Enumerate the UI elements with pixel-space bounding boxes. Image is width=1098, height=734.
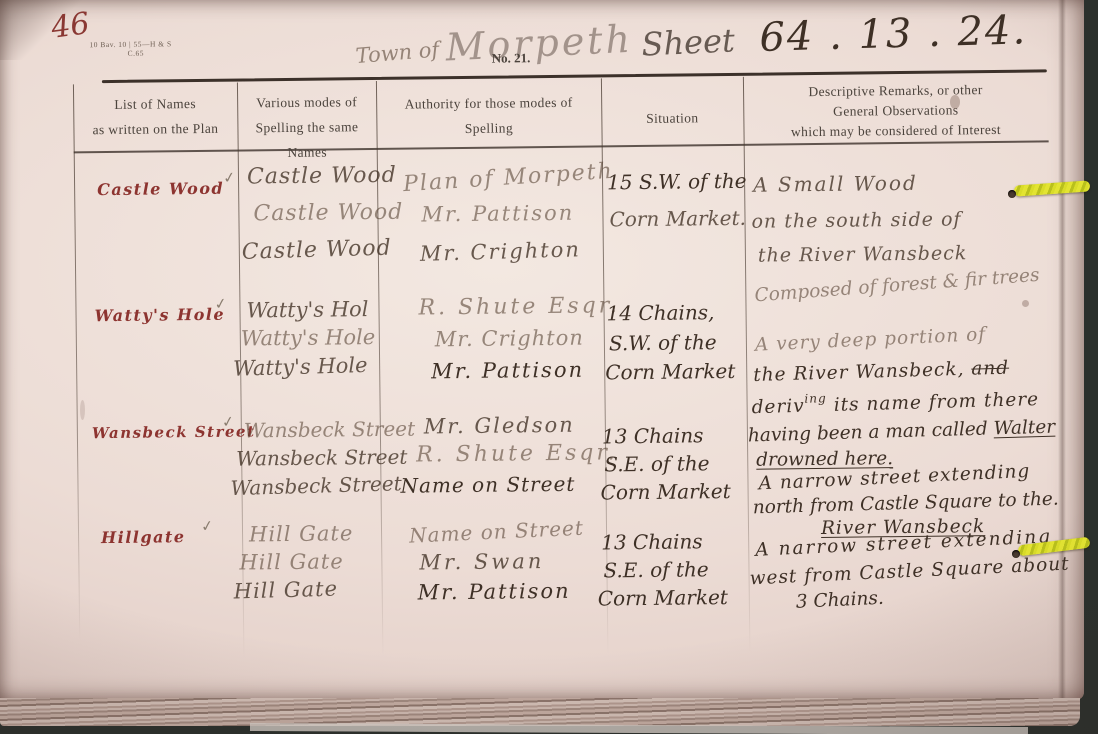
situation-line: 13 Chains [602, 423, 704, 448]
header-line: Spelling [376, 114, 601, 142]
spelling: Castle Wood [253, 200, 403, 227]
spelling: Castle Wood [242, 236, 392, 265]
remark-text: the River Wansbeck, [753, 359, 972, 386]
authority: Mr. Crighton [420, 237, 582, 266]
header-line: which may be considered of Interest [743, 119, 1048, 142]
authority: Name on Street [400, 472, 575, 498]
header-line: List of Names [73, 91, 237, 118]
entry-name: Castle Wood [97, 179, 224, 199]
header-line: Various modes of [237, 89, 376, 116]
check-tick-icon: ✓ [222, 168, 237, 188]
paper-blemish [80, 400, 85, 420]
page-content: 46 10 Bav. 10 | 55—H & S C.65 Town of Mo… [0, 0, 1098, 734]
remark-text: having been a man called [748, 418, 994, 446]
column-rule [73, 84, 81, 640]
entry-name: Watty's Hole [94, 305, 225, 325]
column-header-authority: Authority for those modes of Spelling [376, 89, 602, 142]
printed-sheet-no: No. 21. [492, 50, 531, 66]
spelling: Watty's Hole [233, 353, 368, 381]
header-line: Situation [601, 105, 743, 132]
remark-line: having been a man called Walter [748, 417, 1056, 447]
header-bottom-rule [74, 140, 1049, 153]
spelling: Wansbeck Street [230, 471, 402, 500]
authority: Mr. Pattison [431, 358, 584, 384]
check-tick-icon: ✓ [220, 412, 235, 432]
situation-line: 13 Chains [601, 529, 703, 554]
spelling: Hill Gate [239, 549, 344, 574]
situation-line: S.E. of the [603, 557, 708, 582]
authority: R. Shute Esqr. [416, 440, 618, 467]
situation-line: 14 Chains, [606, 300, 714, 325]
column-header-remarks: Descriptive Remarks, or other General Ob… [743, 79, 1049, 142]
underlined-word: Walter [993, 417, 1055, 440]
title-place-name: Morpeth [445, 17, 634, 70]
column-header-names: List of Names as written on the Plan [73, 91, 238, 143]
header-line: Authority for those modes of [376, 89, 601, 117]
spelling: Watty's Hole [241, 325, 376, 351]
situation-line: Corn Market. [609, 206, 746, 232]
remark-line: north from Castle Square to the. [753, 489, 1059, 519]
authority: Mr. Pattison [421, 201, 574, 227]
situation-line: 15 S.W. of the [607, 169, 747, 195]
authority: Name on Street [409, 516, 585, 548]
paper-blemish [1022, 300, 1029, 307]
page-number: 46 [49, 6, 92, 46]
struck-word: and [971, 358, 1009, 380]
remark-line: deriving its name from there [751, 389, 1039, 418]
check-tick-icon: ✓ [200, 516, 215, 536]
title-sheet-number: 64 . 13 . 24. [759, 7, 1028, 61]
printer-imprint: 10 Bav. 10 | 55—H & S C.65 [89, 39, 171, 58]
remark-text: deriv [751, 396, 805, 419]
remark-line: Composed of forest & fir trees [754, 265, 1040, 307]
column-header-spelling-modes: Various modes of Spelling the same Names [237, 89, 377, 166]
paper-blemish [950, 95, 960, 109]
check-tick-icon: ✓ [213, 294, 228, 314]
spelling: Watty's Hol [246, 297, 368, 322]
header-line: as written on the Plan [73, 116, 237, 143]
stitch-hole [1008, 190, 1016, 198]
imprint-line: C.65 [128, 48, 172, 58]
authority: Mr. Crighton [435, 326, 584, 352]
remark-text: its name from there [827, 389, 1040, 416]
entry-name: Hillgate [101, 527, 186, 547]
spelling: Wansbeck Street [236, 445, 407, 471]
column-header-situation: Situation [601, 105, 743, 132]
situation-line: S.E. of the [604, 451, 709, 476]
remark-line: on the south side of [751, 208, 961, 232]
spelling: Castle Wood [247, 163, 397, 190]
remark-line: A Small Wood [753, 171, 918, 197]
inserted-word: ing [804, 391, 827, 406]
situation-line: S.W. of the [609, 330, 717, 355]
authority: Plan of Morpeth [402, 159, 614, 197]
remark-line: 3 Chains. [795, 588, 884, 613]
spelling: Wansbeck Street [244, 417, 415, 443]
remark-line: the River Wansbeck [758, 242, 968, 266]
spelling: Hill Gate [233, 577, 338, 604]
authority: Mr. Gledson [424, 413, 575, 439]
remark-line: A very deep portion of [755, 324, 987, 356]
header-line: Spelling the same Names [237, 114, 377, 166]
situation-line: Corn Market [605, 359, 735, 384]
authority: R. Shute Esqr. [418, 293, 620, 320]
column-rule [743, 77, 751, 653]
spelling: Hill Gate [249, 521, 354, 546]
authority: Mr. Swan [419, 549, 544, 574]
remark-line: the River Wansbeck, and [753, 358, 1009, 386]
title-sheet-word: Sheet [641, 21, 736, 63]
situation-line: Corn Market [598, 585, 728, 610]
situation-line: Corn Market [600, 479, 730, 504]
authority: Mr. Pattison [418, 579, 571, 605]
stitch-hole [1012, 550, 1020, 558]
photographed-ledger-page: 46 10 Bav. 10 | 55—H & S C.65 Town of Mo… [0, 0, 1098, 734]
title-prefix: Town of [355, 37, 440, 68]
imprint-line: 10 Bav. 10 | 55—H & S [89, 39, 171, 49]
